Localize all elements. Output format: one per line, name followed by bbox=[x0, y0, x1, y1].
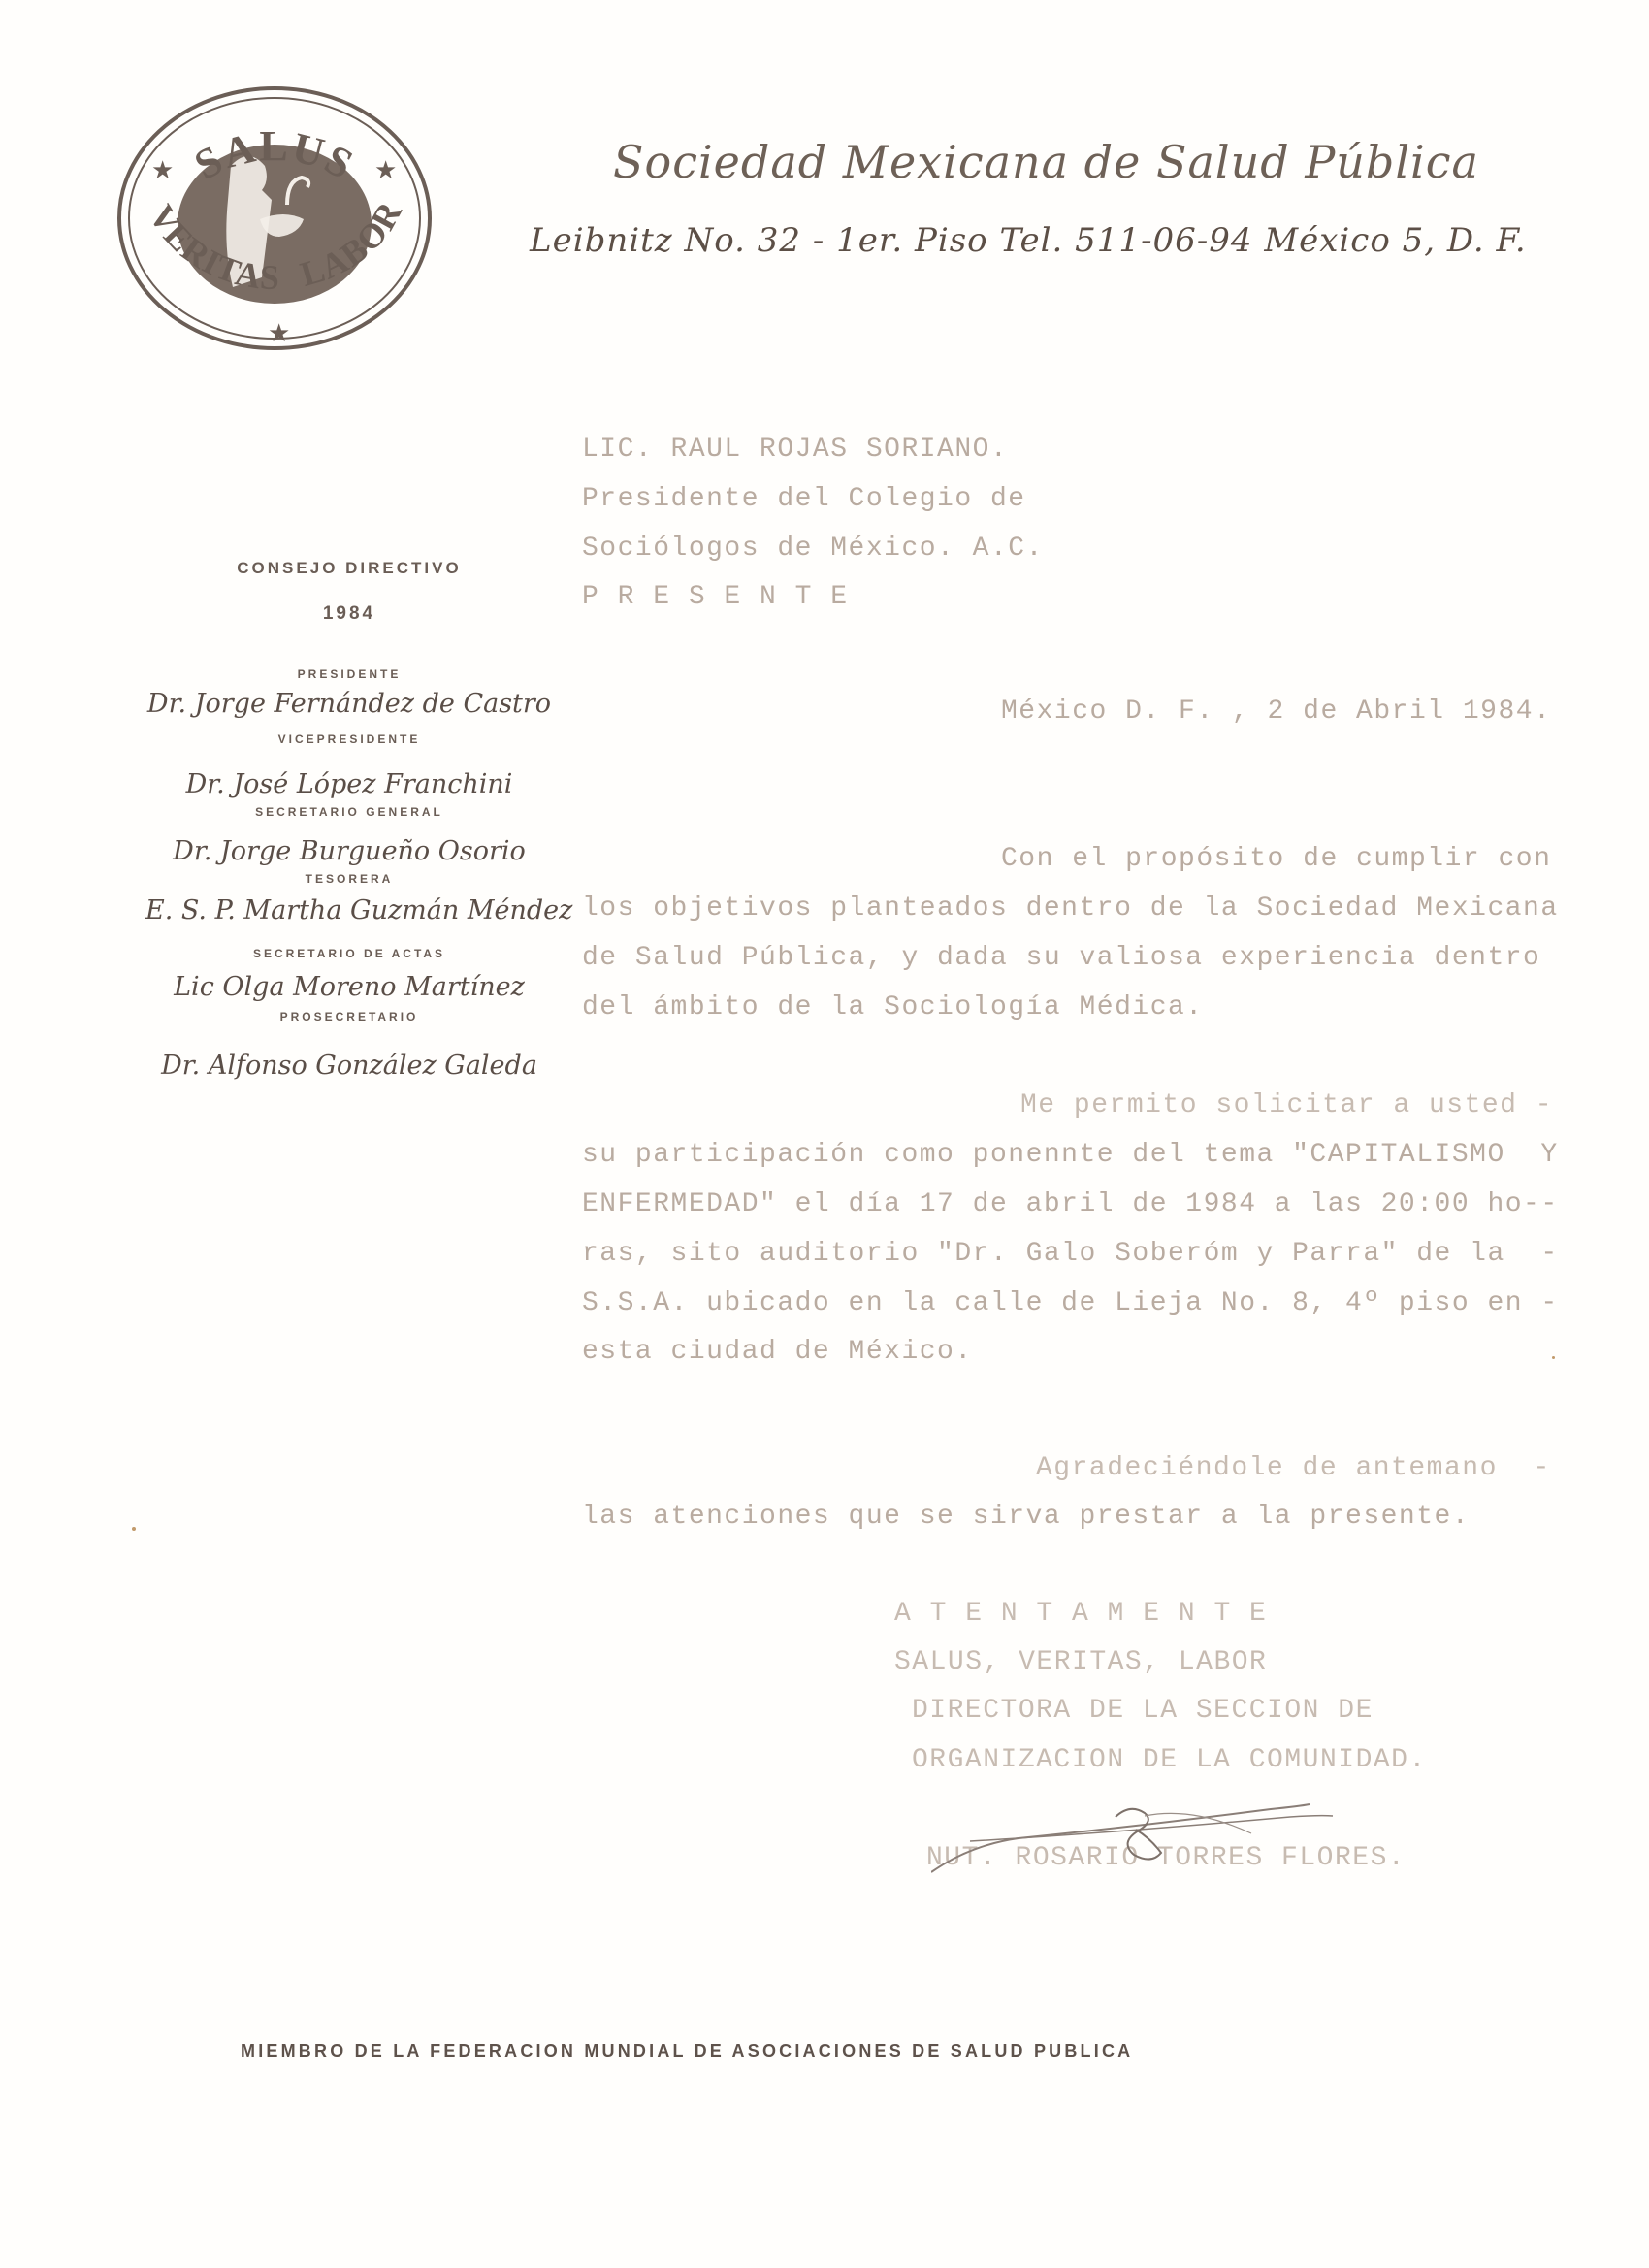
board-role: PRESIDENTE bbox=[145, 667, 553, 681]
recipient-name: LIC. RAUL ROJAS SORIANO. bbox=[582, 435, 1008, 465]
board-member-name: E. S. P. Martha Guzmán Méndez bbox=[145, 895, 553, 925]
board-role: PROSECRETARIO bbox=[145, 1010, 553, 1023]
board-role: TESORERA bbox=[145, 872, 553, 886]
recipient-title: Presidente del Colegio de bbox=[582, 484, 1026, 514]
organization-address: Leibnitz No. 32 - 1er. Piso Tel. 511-06-… bbox=[530, 221, 1527, 260]
board-role: SECRETARIO GENERAL bbox=[145, 805, 553, 819]
body-line: ENFERMEDAD" el día 17 de abril de 1984 a… bbox=[582, 1189, 1559, 1219]
body-line: de Salud Pública, y dada su valiosa expe… bbox=[582, 943, 1540, 973]
paper-speck bbox=[1552, 1356, 1555, 1359]
membership-footer: MIEMBRO DE LA FEDERACION MUNDIAL DE ASOC… bbox=[241, 2041, 1133, 2061]
board-member-name: Dr. Alfonso González Galeda bbox=[145, 1051, 553, 1081]
letter-page: SALUS VERITAS LABOR ★ ★ ★ Sociedad Mexic… bbox=[0, 0, 1649, 2268]
body-line: los objetivos planteados dentro de la So… bbox=[582, 893, 1559, 923]
signer-title-line2: ORGANIZACION DE LA COMUNIDAD. bbox=[912, 1745, 1427, 1775]
handwritten-signature-icon bbox=[931, 1802, 1377, 1880]
board-member-name: Lic Olga Moreno Martínez bbox=[145, 972, 553, 1002]
svg-text:★: ★ bbox=[268, 319, 290, 347]
closing-salutation: A T E N T A M E N T E bbox=[894, 1599, 1267, 1629]
body-line: Con el propósito de cumplir con bbox=[1001, 844, 1551, 874]
organization-name: Sociedad Mexicana de Salud Pública bbox=[613, 136, 1479, 188]
recipient-presente: P R E S E N T E bbox=[582, 582, 849, 612]
board-heading: CONSEJO DIRECTIVO bbox=[145, 559, 553, 578]
board-role: SECRETARIO DE ACTAS bbox=[145, 947, 553, 960]
paper-speck bbox=[132, 1527, 136, 1531]
signer-title-line1: DIRECTORA DE LA SECCION DE bbox=[912, 1696, 1374, 1726]
board-member-name: Dr. Jorge Fernández de Castro bbox=[145, 689, 553, 719]
svg-text:★: ★ bbox=[151, 156, 174, 184]
board-member-name: Dr. José López Franchini bbox=[145, 769, 553, 799]
body-line: S.S.A. ubicado en la calle de Lieja No. … bbox=[582, 1288, 1559, 1318]
svg-text:★: ★ bbox=[374, 156, 397, 184]
board-year: 1984 bbox=[145, 603, 553, 625]
salus-veritas-labor-seal-icon: SALUS VERITAS LABOR ★ ★ ★ bbox=[114, 83, 435, 353]
body-line: Agradeciéndole de antemano - bbox=[1036, 1453, 1551, 1483]
body-line: las atenciones que se sirva prestar a la… bbox=[582, 1502, 1470, 1532]
body-line: esta ciudad de México. bbox=[582, 1337, 973, 1367]
board-role: VICEPRESIDENTE bbox=[145, 732, 553, 746]
board-member-name: Dr. Jorge Burgueño Osorio bbox=[145, 836, 553, 866]
closing-motto: SALUS, VERITAS, LABOR bbox=[894, 1647, 1267, 1677]
body-line: ras, sito auditorio "Dr. Galo Soberóm y … bbox=[582, 1239, 1559, 1269]
body-line: del ámbito de la Sociología Médica. bbox=[582, 992, 1204, 1022]
board-of-directors: CONSEJO DIRECTIVO 1984 PRESIDENTE Dr. Jo… bbox=[145, 559, 553, 1081]
body-line: su participación como ponennte del tema … bbox=[582, 1140, 1559, 1170]
recipient-organization: Sociólogos de México. A.C. bbox=[582, 534, 1044, 564]
body-line: Me permito solicitar a usted - bbox=[1020, 1090, 1553, 1120]
letter-date: México D. F. , 2 de Abril 1984. bbox=[1001, 697, 1551, 727]
